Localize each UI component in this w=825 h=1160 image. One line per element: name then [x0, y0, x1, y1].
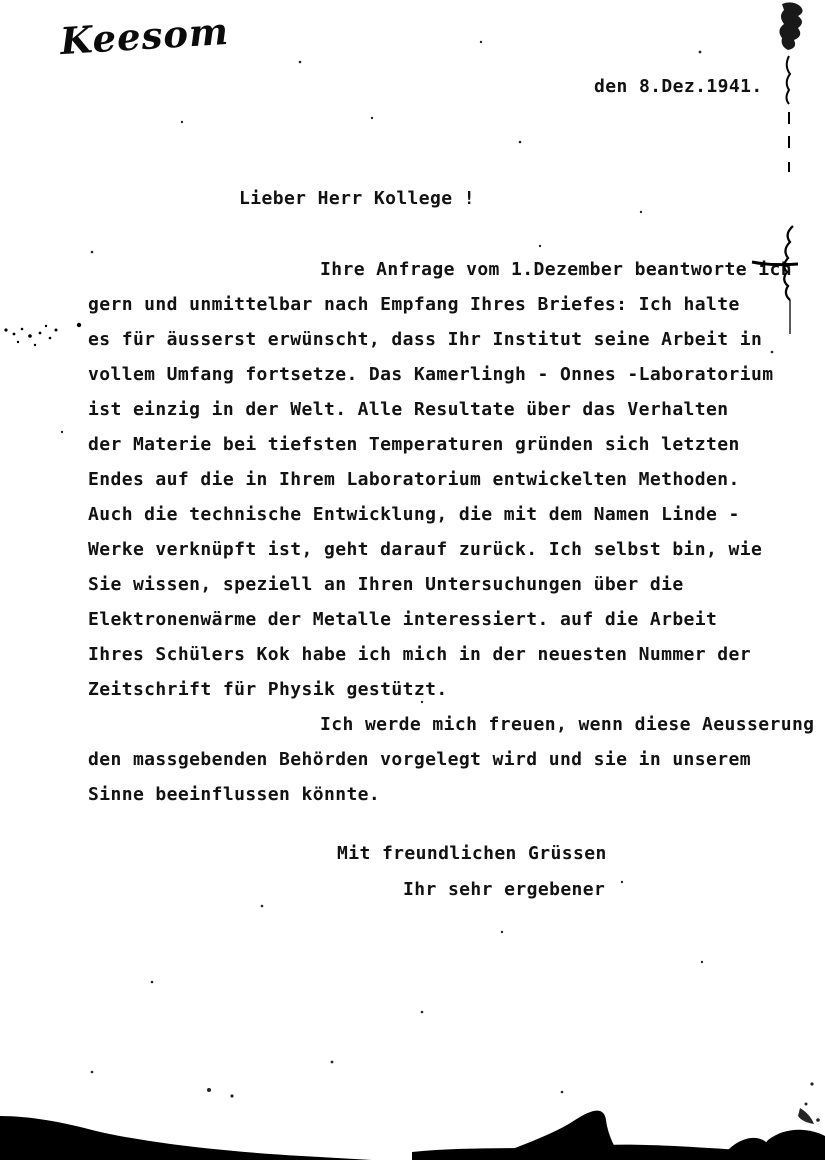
body-line: Elektronenwärme der Metalle interessiert…	[88, 602, 812, 637]
body-line: gern und unmittelbar nach Empfang Ihres …	[88, 287, 812, 322]
body-line: Endes auf die in Ihrem Laboratorium entw…	[88, 462, 812, 497]
body-line: Auch die technische Entwicklung, die mit…	[88, 497, 812, 532]
salutation: Lieber Herr Kollege !	[239, 188, 475, 209]
body-line: Ihres Schülers Kok habe ich mich in der …	[88, 637, 812, 672]
body-line: Ihre Anfrage vom 1.Dezember beantworte i…	[88, 252, 812, 287]
body-line: Werke verknüpft ist, geht darauf zurück.…	[88, 532, 812, 567]
body-line: der Materie bei tiefsten Temperaturen gr…	[88, 427, 812, 462]
body-line: ist einzig in der Welt. Alle Resultate ü…	[88, 392, 812, 427]
body-line: Zeitschrift für Physik gestützt.	[88, 672, 812, 707]
body-line: den massgebenden Behörden vorgelegt wird…	[88, 742, 812, 777]
body-line: es für äusserst erwünscht, dass Ihr Inst…	[88, 322, 812, 357]
body-line: vollem Umfang fortsetze. Das Kamerlingh …	[88, 357, 812, 392]
body-line: Sie wissen, speziell an Ihren Untersuchu…	[88, 567, 812, 602]
letter-page: Keesom den 8.Dez.1941. Lieber Herr Kolle…	[0, 0, 825, 1160]
body-line: Sinne beeinflussen könnte.	[88, 777, 812, 812]
closing-signoff: Ihr sehr ergebener	[403, 879, 605, 900]
handwritten-annotation: Keesom	[59, 9, 230, 63]
letter-body: Ihre Anfrage vom 1.Dezember beantworte i…	[88, 252, 812, 812]
date-line: den 8.Dez.1941.	[594, 76, 763, 97]
body-line: Ich werde mich freuen, wenn diese Aeusse…	[88, 707, 812, 742]
closing-greeting: Mit freundlichen Grüssen	[337, 843, 607, 864]
